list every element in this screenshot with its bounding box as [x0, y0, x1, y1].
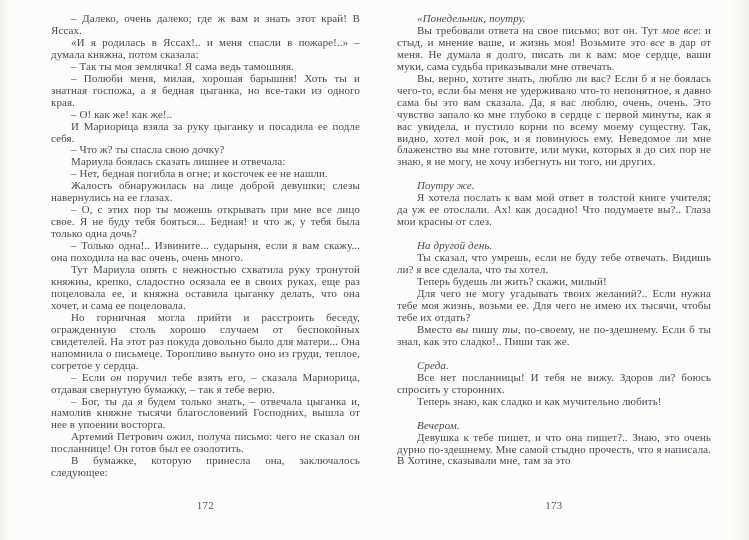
text-run: все [650, 37, 665, 49]
paragraph: – Далеко, очень далеко; где ж вам и знат… [51, 14, 360, 38]
text-run: В бумажке, которую принесла она, заключа… [51, 455, 360, 479]
paragraph: Я хотела послать к вам мой ответ в толст… [397, 193, 711, 229]
text-run: – Далеко, очень далеко; где ж вам и знат… [51, 13, 360, 37]
text-run: «И я родилась в Яссах!.. и меня спасли в… [51, 37, 360, 61]
text-run: мое все [662, 25, 698, 37]
text-run: Среда. [417, 360, 449, 372]
text-run: Для чего не могу угадывать твоих желаний… [397, 288, 711, 324]
text-run: – Так ты моя землячка! Я сама ведь тамош… [71, 61, 294, 73]
paragraph: Ты сказал, что умрешь, если не буду тебе… [397, 253, 711, 277]
text-run: пишу [468, 324, 502, 336]
text-run: Девушка к тебе пишет, и что она пишет?..… [397, 432, 711, 468]
text-run: Жалость обнаружилась на лице доброй деву… [51, 180, 360, 204]
text-run: Я хотела послать к вам мой ответ в толст… [397, 192, 711, 228]
paragraph: «И я родилась в Яссах!.. и меня спасли в… [51, 38, 360, 62]
text-run: Вы требовали ответа на свое письмо: вот … [417, 25, 662, 37]
book-spread: – Далеко, очень далеко; где ж вам и знат… [0, 0, 749, 540]
paragraph: И Мариорица взяла за руку цыганку и поса… [51, 122, 360, 146]
text-run: На другой день. [417, 240, 492, 252]
paragraph: Девушка к тебе пишет, и что она пишет?..… [397, 433, 711, 469]
paragraph: Артемий Петрович ожил, получа письмо: че… [51, 432, 360, 456]
text-run: – Только одна!.. Извините... сударыня, е… [51, 240, 360, 264]
text-run: – Нет, бедная погибла в огне; и косточек… [71, 168, 328, 180]
text-run: Мариула боялась сказать лишнее и отвечал… [71, 156, 286, 168]
paragraph: – Только одна!.. Извините... сударыня, е… [51, 241, 360, 265]
paragraph: Тут Мариула опять с нежностью схватила р… [51, 265, 360, 313]
paragraph: Для чего не могу угадывать твоих желаний… [397, 289, 711, 325]
text-run: Теперь знаю, как сладко и как мучительно… [417, 396, 662, 408]
paragraph: – О, с этих пор ты можешь открывать при … [51, 205, 360, 241]
paragraph: Вы требовали ответа на свое письмо: вот … [397, 26, 711, 74]
paragraph: Вы, верно, хотите знать, люблю ли вас? Е… [397, 74, 711, 170]
page-right-text: «Понедельник, поутру.Вы требовали ответа… [397, 14, 711, 468]
paragraph: Все нет посланницы! И тебя не вижу. Здор… [397, 373, 711, 397]
text-run: Поутру же. [417, 180, 475, 192]
paragraph: Вместо вы пишу ты, по-своему, не по-здеш… [397, 325, 711, 349]
text-run: Вы, верно, хотите знать, люблю ли вас? Е… [397, 73, 711, 169]
paragraph: – Если он поручил тебе взять его, – сказ… [51, 373, 360, 397]
text-run: Все нет посланницы! И тебя не вижу. Здор… [397, 372, 711, 396]
text-run: Теперь будешь ли жить? скажи, милый! [417, 276, 607, 288]
paragraph: – Полюби меня, милая, хорошая барышня! Х… [51, 74, 360, 110]
paragraph: Теперь знаю, как сладко и как мучительно… [397, 397, 711, 409]
paragraph: В бумажке, которую принесла она, заключа… [51, 456, 360, 480]
text-run: – О, с этих пор ты можешь открывать при … [51, 204, 360, 240]
text-run: – Что ж? ты спасла свою дочку? [71, 144, 225, 156]
text-run: Ты сказал, что умрешь, если не буду тебе… [397, 252, 711, 276]
text-run: Артемий Петрович ожил, получа письмо: че… [51, 431, 360, 455]
text-run: Но горничная могла прийти и расстроить б… [51, 312, 360, 372]
text-run: вы [456, 324, 468, 336]
text-run: – Бог, ты да я будем только знать, – отв… [51, 396, 360, 432]
paragraph: – Бог, ты да я будем только знать, – отв… [51, 397, 360, 433]
text-run: – Полюби меня, милая, хорошая барышня! Х… [51, 73, 360, 109]
text-run: ты [502, 324, 518, 336]
text-run: «Понедельник, поутру. [417, 13, 526, 25]
page-number-right: 173 [397, 501, 711, 512]
paragraph: Жалость обнаружилась на лице доброй деву… [51, 181, 360, 205]
text-run: Вместо [417, 324, 456, 336]
text-run: И Мариорица взяла за руку цыганку и поса… [51, 121, 360, 145]
text-run: он [111, 372, 122, 384]
paragraph: Но горничная могла прийти и расстроить б… [51, 313, 360, 373]
text-run: Тут Мариула опять с нежностью схватила р… [51, 264, 360, 312]
text-run: Вечером. [417, 420, 460, 432]
page-number-left: 172 [51, 501, 360, 512]
text-run: – Если [71, 372, 111, 384]
text-run: – О! как же! как же!.. [71, 109, 172, 121]
page-left-text: – Далеко, очень далеко; где ж вам и знат… [51, 14, 360, 480]
